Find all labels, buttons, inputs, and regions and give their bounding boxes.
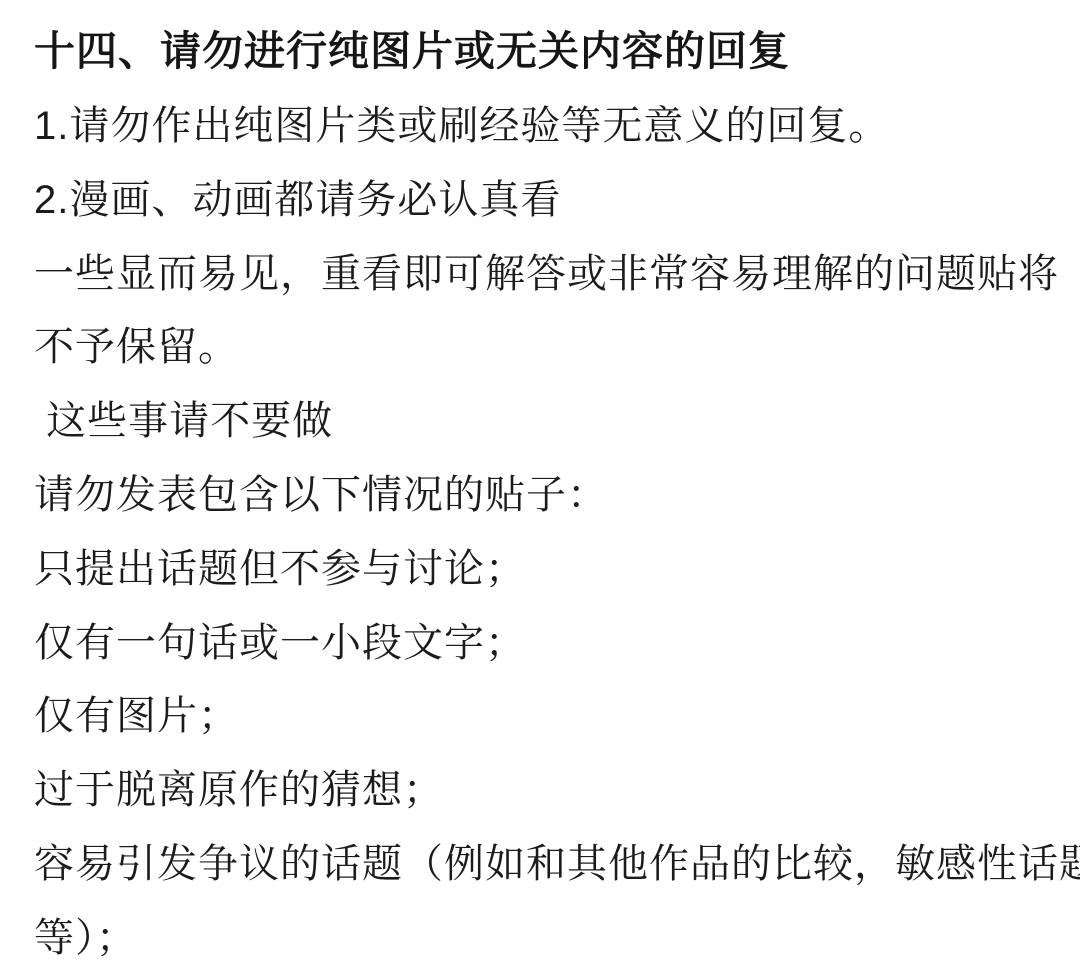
paragraph-obvious-questions-line-2: 不予保留。 bbox=[34, 311, 1060, 385]
section-heading-do-not-do: 这些事请不要做 bbox=[34, 385, 1060, 459]
list-item-controversial-topics-line-2: 等）； bbox=[34, 902, 1060, 972]
document-title: 十四、请勿进行纯图片或无关内容的回复 bbox=[34, 12, 1060, 90]
paragraph-obvious-questions-line-1: 一些显而易见，重看即可解答或非常容易理解的问题贴将 bbox=[34, 238, 1060, 312]
document-page: 十四、请勿进行纯图片或无关内容的回复 1.请勿作出纯图片类或刷经验等无意义的回复… bbox=[0, 0, 1080, 972]
list-item-controversial-topics-line-1: 容易引发争议的话题（例如和其他作品的比较，敏感性话题 bbox=[34, 828, 1060, 902]
rule-line-watch-carefully: 2.漫画、动画都请务必认真看 bbox=[34, 164, 1060, 238]
list-item-topic-without-discussion: 只提出话题但不参与讨论； bbox=[34, 533, 1060, 607]
list-item-far-fetched-guess: 过于脱离原作的猜想； bbox=[34, 754, 1060, 828]
list-item-single-sentence: 仅有一句话或一小段文字； bbox=[34, 607, 1060, 681]
list-intro-forbidden-posts: 请勿发表包含以下情况的贴子： bbox=[34, 459, 1060, 533]
list-item-image-only: 仅有图片； bbox=[34, 680, 1060, 754]
rule-line-no-pure-image-reply: 1.请勿作出纯图片类或刷经验等无意义的回复。 bbox=[34, 90, 1060, 164]
